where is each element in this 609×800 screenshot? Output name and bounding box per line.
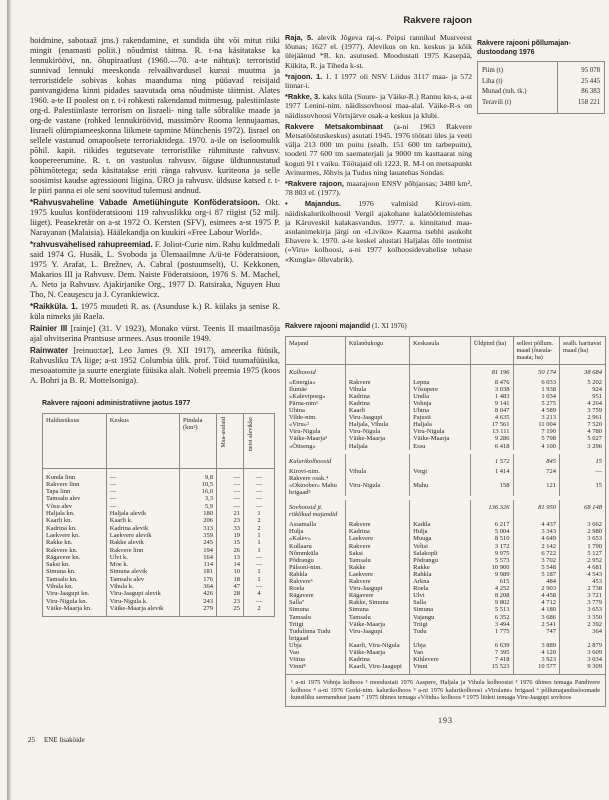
table-cell: 279	[180, 605, 217, 617]
table-cell: Simuna	[286, 606, 346, 613]
table-cell: —	[244, 481, 275, 488]
table-cell: Rahkla	[410, 571, 471, 578]
table-row: Viru-Nigula kn.Viru-Nigula k.24323—	[43, 598, 275, 605]
table-cell: Simuna	[345, 606, 409, 613]
table-cell: 14	[217, 561, 244, 568]
table-cell: 9 989	[470, 571, 513, 578]
table-row: AssamallaRakvereKadila6 2174 4373 662	[286, 521, 606, 528]
entry-headword: *Raikküla. 1.	[30, 302, 78, 311]
table-cell: 164	[180, 554, 217, 561]
paragraph: *Rakvere rajoon, maarajoon ENSV põhjaosa…	[285, 179, 472, 197]
table-cell: Munad (tuh. tk.)	[478, 87, 558, 98]
table-cell: 4 180	[513, 606, 559, 613]
table-cell: Haljala alevik	[106, 510, 179, 517]
table-cell: 4 780	[559, 428, 605, 435]
table-row: Rakvere linn—10,5——	[43, 481, 275, 488]
table-cell: Salla⁷	[286, 599, 346, 606]
table-cell: «Energia»	[286, 379, 346, 386]
table-cell	[410, 364, 471, 379]
table-cell: Viru-Nigula	[410, 428, 471, 435]
column-header-haritav: sealh. haritavat maad (ha)	[559, 336, 605, 364]
table-cell: Viru-Nigula kn.	[43, 598, 107, 605]
table-cell: 3 662	[559, 521, 605, 528]
table-cell: 4 712	[513, 599, 559, 606]
table-cell: 18	[217, 576, 244, 583]
table-row: Väike-Maarja³Väike-MaarjaVäike-Maarja9 2…	[286, 435, 606, 442]
table-cell: Tapa linn	[43, 488, 107, 495]
table-cell: 10 900	[470, 564, 513, 571]
table-cell: Pajusti	[410, 414, 471, 421]
table-cell: 364	[559, 628, 605, 642]
table-cell: 5 513	[470, 606, 513, 613]
table-cell: Ulvi k.	[106, 554, 179, 561]
farms-table: Majand Külanõukogu Keskasula Üldpind (ha…	[285, 336, 606, 676]
table-cell: 25	[217, 605, 244, 617]
table-cell: 10	[217, 568, 244, 575]
table-row: Kirovi-nim. Rakvere osak.⁴VihulaVergi1 4…	[286, 468, 606, 482]
table-cell: Kadila	[410, 521, 471, 528]
table-cell: 33	[217, 525, 244, 532]
table-row: TamsaluTamsaluVajangu6 3523 6863 350	[286, 614, 606, 621]
table-cell: Rakke kn.	[43, 539, 107, 546]
table-cell: —	[106, 468, 179, 481]
table-cell: 114	[180, 561, 217, 568]
table-row: «Kalevipoeg»KadrinaUndla1 4831 034951	[286, 393, 606, 400]
table-cell: Piim (t)	[478, 62, 558, 77]
table-cell: 7 190	[513, 428, 559, 435]
table-cell: 4 120	[513, 649, 559, 656]
table-cell: 3 779	[559, 599, 605, 606]
table-cell: Vihula	[345, 386, 409, 393]
table-cell: 4 649	[513, 535, 559, 542]
table-cell: 2 541	[513, 621, 559, 628]
table-cell: 9 286	[470, 435, 513, 442]
table-cell: 3 889	[513, 642, 559, 649]
table-row: Tamsalu kn.Tamsalu alev176181	[43, 576, 275, 583]
table-cell: Laekvere alevik	[106, 532, 179, 539]
table-cell: Kaarli kn.	[43, 517, 107, 524]
table-cell: 8 476	[470, 379, 513, 386]
table-cell: 2 952	[559, 557, 605, 564]
table-cell: Pärna-nim¹	[286, 400, 346, 407]
table-cell: Ubja	[410, 642, 471, 649]
table-cell: 2	[244, 525, 275, 532]
table-cell: 1	[244, 510, 275, 517]
table-cell: 47	[217, 583, 244, 590]
table-cell: Vinni⁸	[286, 663, 346, 675]
table-cell: 2	[244, 605, 275, 617]
agri-title-line1: Rakvere rajooni põllumajan-	[477, 40, 571, 47]
table-cell: Põdrangu	[286, 557, 346, 564]
right-text-column: Raja, 5. alevik Jõgeva raj-s. Peipsi ran…	[285, 33, 472, 266]
farms-table-header: Majand Külanõukogu Keskasula Üldpind (ha…	[286, 336, 606, 364]
table-row: Vihula kn.Vihula k.36447—	[43, 583, 275, 590]
table-cell: 7 418	[470, 656, 513, 663]
table-row: Laekvere kn.Laekvere alevik359191	[43, 532, 275, 539]
table-cell: 4 681	[559, 564, 605, 571]
table-cell: —	[217, 481, 244, 488]
table-cell: 2 738	[559, 585, 605, 592]
table-cell: 3 653	[559, 606, 605, 613]
table-cell: 2 961	[559, 414, 605, 421]
table-cell: Tamsalu alev	[106, 576, 179, 583]
table-cell: Viru-Jaagupi	[345, 585, 409, 592]
table-cell: —	[244, 488, 275, 495]
entry-headword: Rainier III	[30, 324, 67, 333]
table-cell: 313	[180, 525, 217, 532]
table-row: Kolhoosid81 19650 17438 684	[286, 364, 606, 379]
table-cell: Kaarli, Viru-Nigula	[345, 642, 409, 649]
table-cell: Haljala	[410, 421, 471, 428]
table-cell: Rägavere	[345, 592, 409, 599]
table-cell: Viru-Jaagupi alevik	[106, 590, 179, 597]
table-cell: Veltsi	[410, 543, 471, 550]
table-cell	[410, 500, 471, 521]
table-cell: Tamsalu	[345, 557, 409, 564]
table-cell: Ilumäe	[286, 386, 346, 393]
table-cell: Saksi kn.	[43, 561, 107, 568]
table-row: «Energia»RakvereLepna8 4766 0335 202	[286, 379, 606, 386]
table-cell: 1	[244, 568, 275, 575]
table-cell: —	[244, 468, 275, 481]
table-cell: Salla	[410, 599, 471, 606]
table-cell: 5 573	[470, 557, 513, 564]
table-cell: Ulvi	[410, 592, 471, 599]
column-header-pollumaad: sellest põllum. maad (õueala-maata; ha)	[513, 336, 559, 364]
table-cell: Pälsoni-nim.	[286, 564, 346, 571]
table-cell: Tamsalu	[345, 614, 409, 621]
table-cell: Kaarli k.	[106, 517, 179, 524]
table-cell: Haljala	[345, 443, 409, 450]
table-cell: Kullaaru	[286, 543, 346, 550]
table-cell: 1	[244, 547, 275, 554]
table-cell: —	[217, 503, 244, 510]
farms-table-title: Rakvere rajooni majandid (1. XI 1976)	[285, 322, 606, 332]
table-cell: Uhtna	[410, 407, 471, 414]
table-cell: 23	[217, 598, 244, 605]
table-cell: Rakvere	[345, 379, 409, 386]
table-cell: Rakke	[410, 564, 471, 571]
table-cell: 364	[180, 583, 217, 590]
table-cell: 9 975	[470, 550, 513, 557]
table-cell: 4 635	[470, 414, 513, 421]
table-cell: 13 111	[470, 428, 513, 435]
table-cell: Roela	[410, 585, 471, 592]
entry-headword: *rahvusvahelised rahupreemiad.	[30, 240, 153, 249]
table-cell: Viru-Jaagupi	[345, 414, 409, 421]
column-header-kylanoukogu: Külanõukogu	[345, 336, 409, 364]
table-cell: 181	[180, 568, 217, 575]
paragraph: Rainier III [rainje] (31. V 1923), Monak…	[30, 324, 280, 344]
table-row: Viru-Jaagupi kn.Viru-Jaagupi alevik42628…	[43, 590, 275, 597]
table-cell: 16,0	[180, 488, 217, 495]
table-cell: Viru-Jaagupi kn.	[43, 590, 107, 597]
table-cell: Rägavere	[286, 592, 346, 599]
table-cell: 81 950	[513, 500, 559, 521]
table-cell: Rägavere kn.	[43, 554, 107, 561]
table-cell: Nõmmküla	[286, 550, 346, 557]
table-cell: Haljala, Vihula	[345, 421, 409, 428]
table-cell: 28	[217, 590, 244, 597]
volume-label: ENE lisaköide	[44, 736, 85, 744]
table-cell: 9,8	[180, 468, 217, 481]
table-cell: 6 418	[470, 443, 513, 450]
table-cell: 17 561	[470, 421, 513, 428]
signature-number: 25	[28, 736, 35, 744]
table-row: UbjaKaarli, Viru-NigulaUbja6 6393 8892 8…	[286, 642, 606, 649]
table-cell: 15	[559, 482, 605, 496]
column-header: Haldusüksus	[43, 413, 107, 468]
table-cell: 1	[244, 532, 275, 539]
table-cell: Kadrina alevik	[106, 525, 179, 532]
table-cell: 3 038	[470, 386, 513, 393]
table-row: RägavereRägavereUlvi8 2084 4583 721	[286, 592, 606, 599]
table-cell: 4 458	[513, 592, 559, 599]
agri-title-line2: dustoodang 1976	[477, 49, 535, 56]
table-cell: Rakke, Simuna	[345, 599, 409, 606]
table-cell: 8 510	[470, 535, 513, 542]
table-row: Kadrina kn.Kadrina alevik313332	[43, 525, 275, 532]
table-cell: 3 213	[513, 414, 559, 421]
paragraph: hoidmine, sabotaaž jms.) rakendamine, et…	[30, 36, 280, 196]
table-cell: 81 196	[470, 364, 513, 379]
table-cell: 1 938	[513, 386, 559, 393]
table-cell: 3 034	[559, 656, 605, 663]
table-cell: Vao	[410, 649, 471, 656]
table-cell: 1 790	[559, 543, 605, 550]
table-cell: Võsupere	[410, 386, 471, 393]
table-row: Vinni⁸Kaarli, Viru-JaagupiVinni15 52310 …	[286, 663, 606, 675]
table-cell: 1 414	[470, 468, 513, 482]
table-cell: 3 350	[559, 614, 605, 621]
table-cell: Hulja	[286, 528, 346, 535]
table-cell: Viru-Nigula	[286, 428, 346, 435]
table-cell: Kadrina	[345, 393, 409, 400]
table-cell: —	[244, 495, 275, 502]
encyclopedia-page: Rakvere rajoon hoidmine, sabotaaž jms.) …	[0, 0, 609, 800]
table-cell: —	[244, 598, 275, 605]
table-cell: Kolhoosid	[286, 364, 346, 379]
table-cell: Kirovi-nim. Rakvere osak.⁴	[286, 468, 346, 482]
table-cell: Rakke alevik	[106, 539, 179, 546]
table-cell: Rakvere kn.	[43, 547, 107, 554]
table-cell: 6 352	[470, 614, 513, 621]
table-cell: 3 494	[470, 621, 513, 628]
table-cell: 243	[180, 598, 217, 605]
table-cell: Salakopli	[410, 550, 471, 557]
vertical-header-label: neist alevikke	[247, 417, 254, 451]
paragraph: Rakvere Metsakombinaat (a-ni 1963 Rakver…	[285, 122, 472, 177]
table-cell: 3 296	[559, 443, 605, 450]
table-cell: 3 702	[513, 557, 559, 564]
table-cell: Vao	[286, 649, 346, 656]
table-cell: 8 208	[470, 592, 513, 599]
table-cell: 86 383	[558, 87, 605, 98]
paragraph: Rainwater [reinuo:tər], Leo James (9. XI…	[30, 346, 280, 386]
table-cell: —	[217, 495, 244, 502]
table-cell: Laekvere kn.	[43, 532, 107, 539]
table-cell: 3 686	[513, 614, 559, 621]
table-cell: 2 392	[559, 621, 605, 628]
table-cell: —	[559, 468, 605, 482]
paragraph: *Rakke, 3. kaks küla (Suure- ja Väike-R.…	[285, 92, 472, 120]
table-row: RahklaLaekvereRahkla9 9895 1874 543	[286, 571, 606, 578]
table-cell: Rahkla	[286, 571, 346, 578]
agri-production-table: Piim (t)95 078Liha (t)25 445Munad (tuh. …	[477, 61, 605, 113]
paragraph: • Majandus. 1976 valmisid Kirovi-nim. nä…	[285, 199, 472, 263]
table-cell: 7 395	[470, 649, 513, 656]
table-cell: Muuga	[410, 535, 471, 542]
table-row: Kaarli kn.Kaarli k.206232	[43, 517, 275, 524]
table-cell: Triigi	[410, 621, 471, 628]
table-row: VaoVäike-MaarjaVao7 3954 1203 609	[286, 649, 606, 656]
table-cell: «Oktoober» Mahu brigaad⁵	[286, 482, 346, 496]
farms-title-bold: Rakvere rajooni majandid	[285, 323, 370, 330]
table-cell: Laekvere	[345, 535, 409, 542]
entry-headword: Raja, 5.	[285, 33, 313, 42]
table-cell: Essu	[410, 443, 471, 450]
table-footnotes: ¹ a-ni 1975 Vohnja kolhoos ² moodustati …	[285, 675, 606, 707]
table-cell: 4 589	[513, 407, 559, 414]
table-row: Viru-NigulaViru-NigulaViru-Nigula13 1117…	[286, 428, 606, 435]
table-cell: 3 609	[559, 649, 605, 656]
table-cell: Mahu	[410, 482, 471, 496]
table-cell: 2 879	[559, 642, 605, 649]
table-cell: Kadrina kn.	[43, 525, 107, 532]
table-row: SimunaSimunaSimuna5 5134 1803 653	[286, 606, 606, 613]
table-cell: Vinni	[410, 663, 471, 675]
table-row: UhtnaKaarliUhtna8 0474 5893 759	[286, 407, 606, 414]
table-cell: Viru-Nigula k.	[106, 598, 179, 605]
table-cell: 6 033	[513, 379, 559, 386]
table-row: Tudulinna Tudu brigaadViru-JaagupiTudu1 …	[286, 628, 606, 642]
table-cell: «Viru»²	[286, 421, 346, 428]
table-cell: Ubja	[286, 642, 346, 649]
table-cell: 3 172	[470, 543, 513, 550]
table-cell: 26	[217, 547, 244, 554]
vertical-header-label: Maa-asulaid	[220, 417, 227, 448]
table-cell: 6 639	[470, 642, 513, 649]
table-row: Saksi kn.Moe k.11414—	[43, 561, 275, 568]
table-cell: 1 775	[470, 628, 513, 642]
table-cell: Rakvere linn	[106, 547, 179, 554]
table-cell: 453	[559, 578, 605, 585]
table-cell: 194	[180, 547, 217, 554]
table-cell: 5 275	[513, 400, 559, 407]
table-cell: Rakvere	[345, 521, 409, 528]
table-cell: Roela	[286, 585, 346, 592]
table-cell: Kihlevere	[410, 656, 471, 663]
table-cell: Assamalla	[286, 521, 346, 528]
table-cell: Tamsalu kn.	[43, 576, 107, 583]
table-cell: 426	[180, 590, 217, 597]
table-cell: 484	[513, 578, 559, 585]
table-cell: 4 437	[513, 521, 559, 528]
table-cell: 4	[244, 590, 275, 597]
table-cell: —	[106, 481, 179, 488]
table-cell: 2	[244, 517, 275, 524]
entry-headword: *rajoon. 1.	[285, 72, 322, 81]
table-cell: «Kalev»	[286, 535, 346, 542]
table-row: Salla⁷Rakke, SimunaSalla9 8024 7123 779	[286, 599, 606, 606]
table-cell: 4 252	[470, 585, 513, 592]
table-cell: 1 034	[513, 393, 559, 400]
table-row: Rakvere⁶RakvereArkna615484453	[286, 578, 606, 585]
table-cell: Kunda linn	[43, 468, 107, 481]
paragraph: Raja, 5. alevik Jõgeva raj-s. Peipsi ran…	[285, 33, 472, 70]
column-header: Maa-asulaid	[217, 413, 244, 468]
table-cell: 3,3	[180, 495, 217, 502]
table-cell: —	[244, 583, 275, 590]
table-cell: 158 221	[558, 98, 605, 113]
table-cell: 2 980	[559, 528, 605, 535]
table-cell: 2 142	[513, 543, 559, 550]
table-cell: Vihula	[345, 468, 409, 482]
table-cell: 15 523	[470, 663, 513, 675]
table-cell: 15	[559, 454, 605, 468]
table-cell: 176	[180, 576, 217, 583]
table-cell: 1 483	[470, 393, 513, 400]
table-cell: 50 174	[513, 364, 559, 379]
table-cell: 136 326	[470, 500, 513, 521]
column-header-majand: Majand	[286, 336, 346, 364]
table-row: IlumäeVihulaVõsupere3 0381 938924	[286, 386, 606, 393]
table-row: Pärna-nim¹KadrinaVohnja9 1415 2754 264	[286, 400, 606, 407]
table-row: NõmmkülaSaksiSalakopli9 9756 7225 127	[286, 550, 606, 557]
table-row: ViitnaKadrinaKihlevere7 4183 9233 034	[286, 656, 606, 663]
table-cell: Põdrangu	[410, 557, 471, 564]
table-cell: Tudu	[410, 628, 471, 642]
table-row: Munad (tuh. tk.)86 383	[478, 87, 605, 98]
table-cell: 1 572	[470, 454, 513, 468]
table-row: «Oktoober» Mahu brigaad⁵Viru-NigulaMahu1…	[286, 482, 606, 496]
table-cell: Vajangu	[410, 614, 471, 621]
table-cell: 1	[244, 576, 275, 583]
table-cell: Kadrina	[345, 400, 409, 407]
table-cell: 13	[217, 554, 244, 561]
table-cell: «Kalevipoeg»	[286, 393, 346, 400]
table-cell: 6 217	[470, 521, 513, 528]
column-header: Pindala (km²)	[180, 413, 217, 468]
table-cell: Simuna alevik	[106, 568, 179, 575]
table-cell: Viru-Nigula	[345, 428, 409, 435]
table-row: Võsu alev—5,9——	[43, 503, 275, 510]
farms-title-date: (1. XI 1976)	[370, 322, 407, 330]
table-cell: Väike-Maarja	[345, 435, 409, 442]
table-cell: Saksi	[345, 550, 409, 557]
table-cell: 9 802	[470, 599, 513, 606]
table-cell: Vergi	[410, 468, 471, 482]
table-cell: Väike-Maarja kn.	[43, 605, 107, 617]
table-cell: 924	[559, 386, 605, 393]
table-cell: Liha (t)	[478, 77, 558, 88]
table-row: Rakke kn.Rakke alevik245151	[43, 539, 275, 546]
binding-shadow	[7, 0, 11, 800]
table-cell: 3 343	[513, 528, 559, 535]
table-cell: Viru-Nigula	[345, 482, 409, 496]
table-cell: 615	[470, 578, 513, 585]
table-cell: 3 923	[513, 656, 559, 663]
table-cell: 845	[513, 454, 559, 468]
table-cell	[410, 454, 471, 468]
table-cell: 5,9	[180, 503, 217, 510]
table-row: Väike-Maarja kn.Väike-Maarja alevik27925…	[43, 605, 275, 617]
table-cell: 245	[180, 539, 217, 546]
paragraph: *Raikküla. 1. 1975 muudeti R. as. (Asund…	[30, 302, 280, 322]
table-row: Vilde-nim.Viru-JaagupiPajusti4 6353 2132…	[286, 414, 606, 421]
left-text-column: hoidmine, sabotaaž jms.) rakendamine, et…	[30, 36, 280, 617]
table-cell: 10 577	[513, 663, 559, 675]
